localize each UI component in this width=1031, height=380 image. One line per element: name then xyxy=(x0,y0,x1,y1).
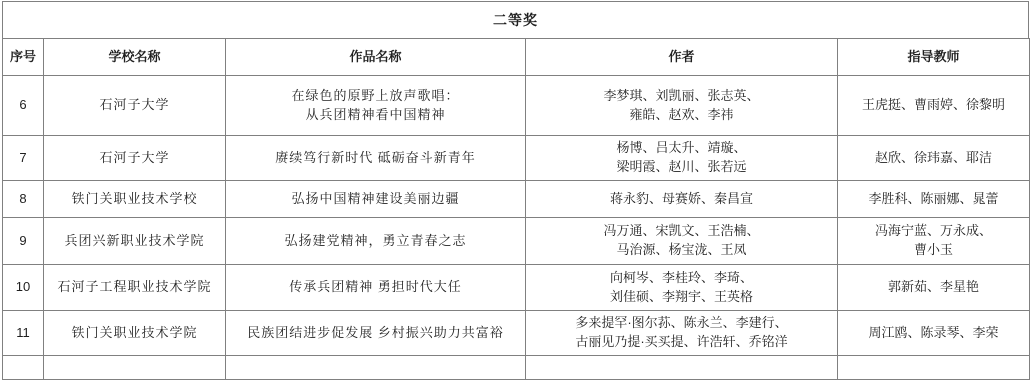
cell-school: 石河子工程职业技术学院 xyxy=(44,265,226,311)
cell-teachers: 郭新茹、李星艳 xyxy=(838,265,1030,311)
cell-no: 10 xyxy=(3,265,44,311)
cell-no: 7 xyxy=(3,136,44,181)
empty-cell xyxy=(226,356,526,366)
cell-no: 9 xyxy=(3,218,44,265)
cell-school: 兵团兴新职业技术学院 xyxy=(44,218,226,265)
cell-teachers: 周江鸥、陈录琴、李荣 xyxy=(838,311,1030,356)
table-row: 8铁门关职业技术学校弘扬中国精神建设美丽边疆蒋永豹、母赛娇、秦昌宣李胜科、陈丽娜… xyxy=(3,181,1030,218)
cell-work: 弘扬建党精神，勇立青春之志 xyxy=(226,218,526,265)
cell-work: 赓续笃行新时代 砥砺奋斗新青年 xyxy=(226,136,526,181)
cell-work: 弘扬中国精神建设美丽边疆 xyxy=(226,181,526,218)
cell-work: 民族团结进步促发展 乡村振兴助力共富裕 xyxy=(226,311,526,356)
cell-authors: 李梦琪、刘凯丽、张志英、 雍皓、赵欢、李祎 xyxy=(526,76,838,136)
table-row: 10石河子工程职业技术学院传承兵团精神 勇担时代大任向柯岑、李桂玲、李琦、 刘佳… xyxy=(3,265,1030,311)
cell-authors: 向柯岑、李桂玲、李琦、 刘佳硕、李翔宇、王英格 xyxy=(526,265,838,311)
cell-authors: 冯万通、宋凯文、王浩楠、 马治源、杨宝泷、王凤 xyxy=(526,218,838,265)
cell-school: 石河子大学 xyxy=(44,136,226,181)
table-row: 11铁门关职业技术学院民族团结进步促发展 乡村振兴助力共富裕多来提罕·图尔荪、陈… xyxy=(3,311,1030,356)
cell-teachers: 赵欣、徐玮嘉、耶洁 xyxy=(838,136,1030,181)
cell-teachers: 冯海宁蓝、万永成、 曹小玉 xyxy=(838,218,1030,265)
cell-authors: 杨博、吕太升、靖璇、 梁明霞、赵川、张若远 xyxy=(526,136,838,181)
column-header: 序号 xyxy=(3,39,44,76)
cell-no: 11 xyxy=(3,311,44,356)
cell-teachers: 王虎挺、曹雨婷、徐黎明 xyxy=(838,76,1030,136)
cell-school: 石河子大学 xyxy=(44,76,226,136)
partial-row xyxy=(3,356,1030,366)
cell-no: 6 xyxy=(3,76,44,136)
cell-authors: 蒋永豹、母赛娇、秦昌宣 xyxy=(526,181,838,218)
cell-school: 铁门关职业技术学校 xyxy=(44,181,226,218)
cell-teachers: 李胜科、陈丽娜、晁蕾 xyxy=(838,181,1030,218)
header-row: 序号学校名称作品名称作者指导教师 xyxy=(3,39,1030,76)
table-row: 9兵团兴新职业技术学院弘扬建党精神，勇立青春之志冯万通、宋凯文、王浩楠、 马治源… xyxy=(3,218,1030,265)
empty-cell xyxy=(3,356,44,366)
empty-cell xyxy=(526,356,838,366)
cell-no: 8 xyxy=(3,181,44,218)
empty-cell xyxy=(44,356,226,366)
column-header: 作品名称 xyxy=(226,39,526,76)
section-title: 二等奖 xyxy=(2,1,1029,38)
cell-work: 在绿色的原野上放声歌唱： 从兵团精神看中国精神 xyxy=(226,76,526,136)
column-header: 作者 xyxy=(526,39,838,76)
table-row: 6石河子大学在绿色的原野上放声歌唱： 从兵团精神看中国精神李梦琪、刘凯丽、张志英… xyxy=(3,76,1030,136)
column-header: 指导教师 xyxy=(838,39,1030,76)
awards-table: 序号学校名称作品名称作者指导教师 6石河子大学在绿色的原野上放声歌唱： 从兵团精… xyxy=(2,38,1030,365)
cell-school: 铁门关职业技术学院 xyxy=(44,311,226,356)
cell-authors: 多来提罕·图尔荪、陈永兰、李建行、 古丽见乃提·买买提、许浩轩、乔铭洋 xyxy=(526,311,838,356)
award-sheet: 二等奖 序号学校名称作品名称作者指导教师 6石河子大学在绿色的原野上放声歌唱： … xyxy=(2,1,1029,365)
table-body: 6石河子大学在绿色的原野上放声歌唱： 从兵团精神看中国精神李梦琪、刘凯丽、张志英… xyxy=(3,76,1030,366)
empty-cell xyxy=(838,356,1030,366)
column-header: 学校名称 xyxy=(44,39,226,76)
cell-work: 传承兵团精神 勇担时代大任 xyxy=(226,265,526,311)
table-row: 7石河子大学赓续笃行新时代 砥砺奋斗新青年杨博、吕太升、靖璇、 梁明霞、赵川、张… xyxy=(3,136,1030,181)
